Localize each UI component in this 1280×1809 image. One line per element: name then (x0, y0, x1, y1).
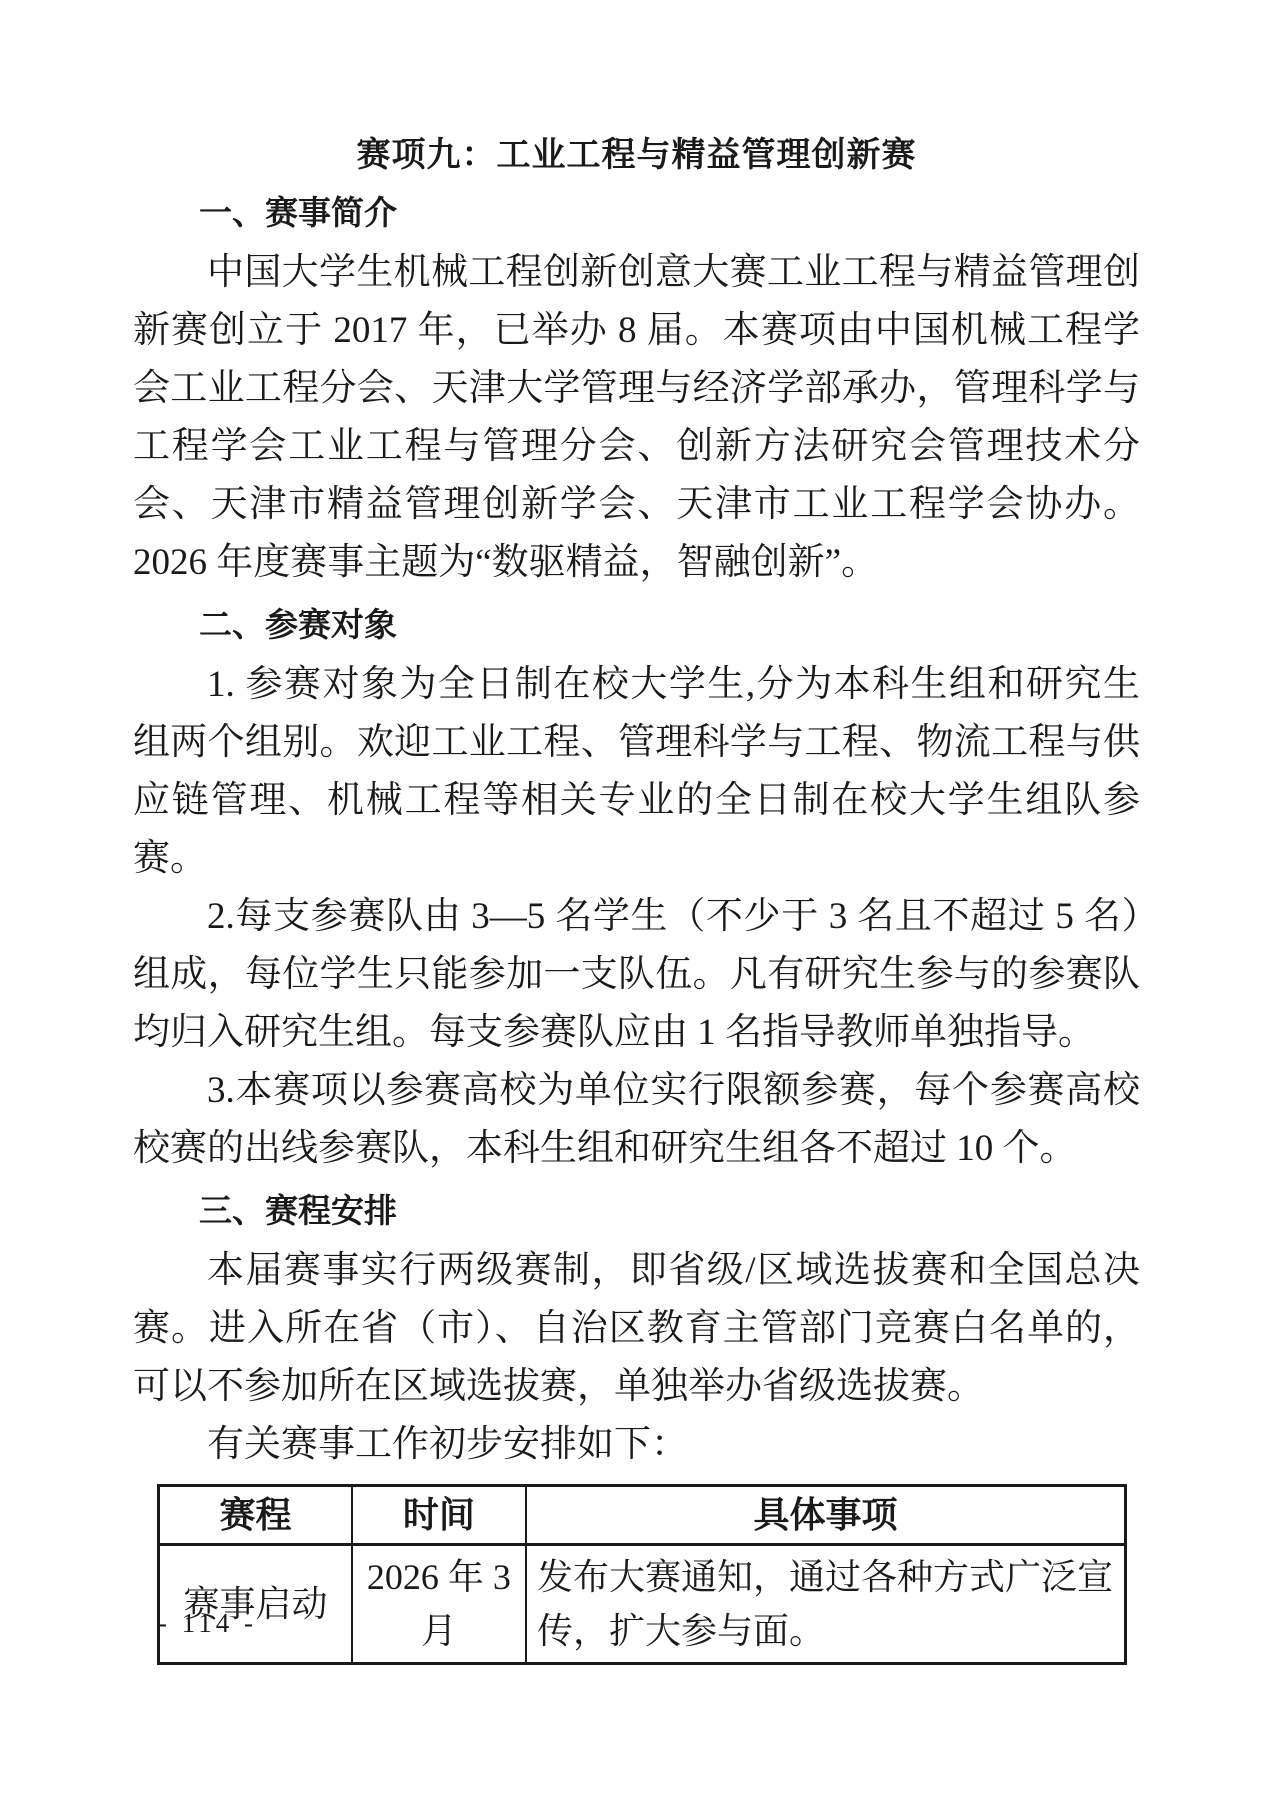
document-content: 赛项九：工业工程与精益管理创新赛 一、赛事简介 中国大学生机械工程创新创意大赛工… (133, 130, 1140, 1665)
document-page: 赛项九：工业工程与精益管理创新赛 一、赛事简介 中国大学生机械工程创新创意大赛工… (0, 0, 1280, 1809)
table-cell-detail: 发布大赛通知，通过各种方式广泛宣传，扩大参与面。 (526, 1545, 1126, 1664)
table-cell-stage: 赛事启动 (159, 1545, 352, 1664)
page-title: 赛项九：工业工程与精益管理创新赛 (133, 130, 1140, 180)
page-number: - 114 - (158, 1608, 257, 1639)
paragraph-participants-3: 3.本赛项以参赛高校为单位实行限额参赛，每个参赛高校校赛的出线参赛队，本科生组和… (133, 1062, 1140, 1178)
section-heading-participants: 二、参赛对象 (133, 600, 1140, 650)
section-heading-schedule: 三、赛程安排 (133, 1186, 1140, 1236)
section-heading-overview: 一、赛事简介 (133, 188, 1140, 238)
schedule-table-header-row: 赛程 时间 具体事项 (159, 1486, 1126, 1545)
paragraph-schedule-1: 本届赛事实行两级赛制，即省级/区域选拔赛和全国总决赛。进入所在省（市）、自治区教… (133, 1242, 1140, 1416)
schedule-table: 赛程 时间 具体事项 赛事启动 2026 年 3 月 发布大赛通知，通过各种方式… (157, 1484, 1127, 1665)
table-row: 赛事启动 2026 年 3 月 发布大赛通知，通过各种方式广泛宣传，扩大参与面。 (159, 1545, 1126, 1664)
paragraph-participants-1: 1. 参赛对象为全日制在校大学生,分为本科生组和研究生组两个组别。欢迎工业工程、… (133, 656, 1140, 888)
paragraph-participants-2: 2.每支参赛队由 3—5 名学生（不少于 3 名且不超过 5 名）组成，每位学生… (133, 888, 1140, 1062)
table-header-stage: 赛程 (159, 1486, 352, 1545)
paragraph-overview: 中国大学生机械工程创新创意大赛工业工程与精益管理创新赛创立于 2017 年，已举… (133, 244, 1140, 592)
paragraph-schedule-intro: 有关赛事工作初步安排如下： (133, 1416, 1140, 1474)
table-header-detail: 具体事项 (526, 1486, 1126, 1545)
table-header-time: 时间 (352, 1486, 526, 1545)
table-cell-time: 2026 年 3 月 (352, 1545, 526, 1664)
